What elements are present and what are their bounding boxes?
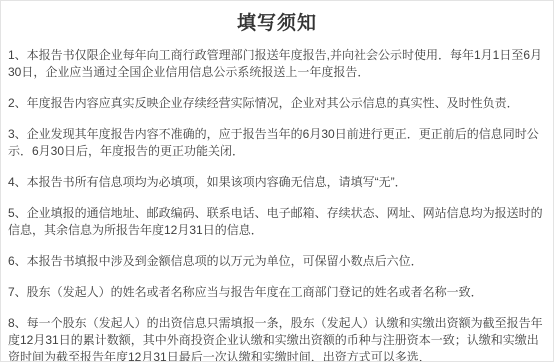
instruction-item-5: 5、企业填报的通信地址、邮政编码、联系电话、电子邮箱、存续状态、网址、网站信息均… [8,205,546,239]
instruction-item-2: 2、年度报告内容应真实反映企业存续经营实际情况，企业对其公示信息的真实性、及时性… [8,95,546,112]
page-title: 填写须知 [8,13,546,35]
instruction-item-1: 1、本报告书仅限企业每年向工商行政管理部门报送年度报告,并向社会公示时使用．每年… [8,47,546,81]
instruction-item-8: 8、每一个股东（发起人）的出资信息只需填报一条，股东（发起人）认缴和实缴出资额为… [8,315,546,362]
instruction-item-4: 4、本报告书所有信息项均为必填项，如果该项内容确无信息，请填写“无”． [8,174,546,191]
fill-instructions-panel: 填写须知 1、本报告书仅限企业每年向工商行政管理部门报送年度报告,并向社会公示时… [1,1,553,362]
instruction-item-6: 6、本报告书填报中涉及到金额信息项的以万元为单位，可保留小数点后六位． [8,253,546,270]
instruction-item-7: 7、股东（发起人）的姓名或者名称应当与报告年度在工商部门登记的姓名或者名称一致． [8,284,546,301]
instruction-item-3: 3、企业发现其年度报告内容不准确的，应于报告当年的6月30日前进行更正．更正前后… [8,126,546,160]
fill-instructions-page: 填写须知 1、本报告书仅限企业每年向工商行政管理部门报送年度报告,并向社会公示时… [0,0,554,362]
